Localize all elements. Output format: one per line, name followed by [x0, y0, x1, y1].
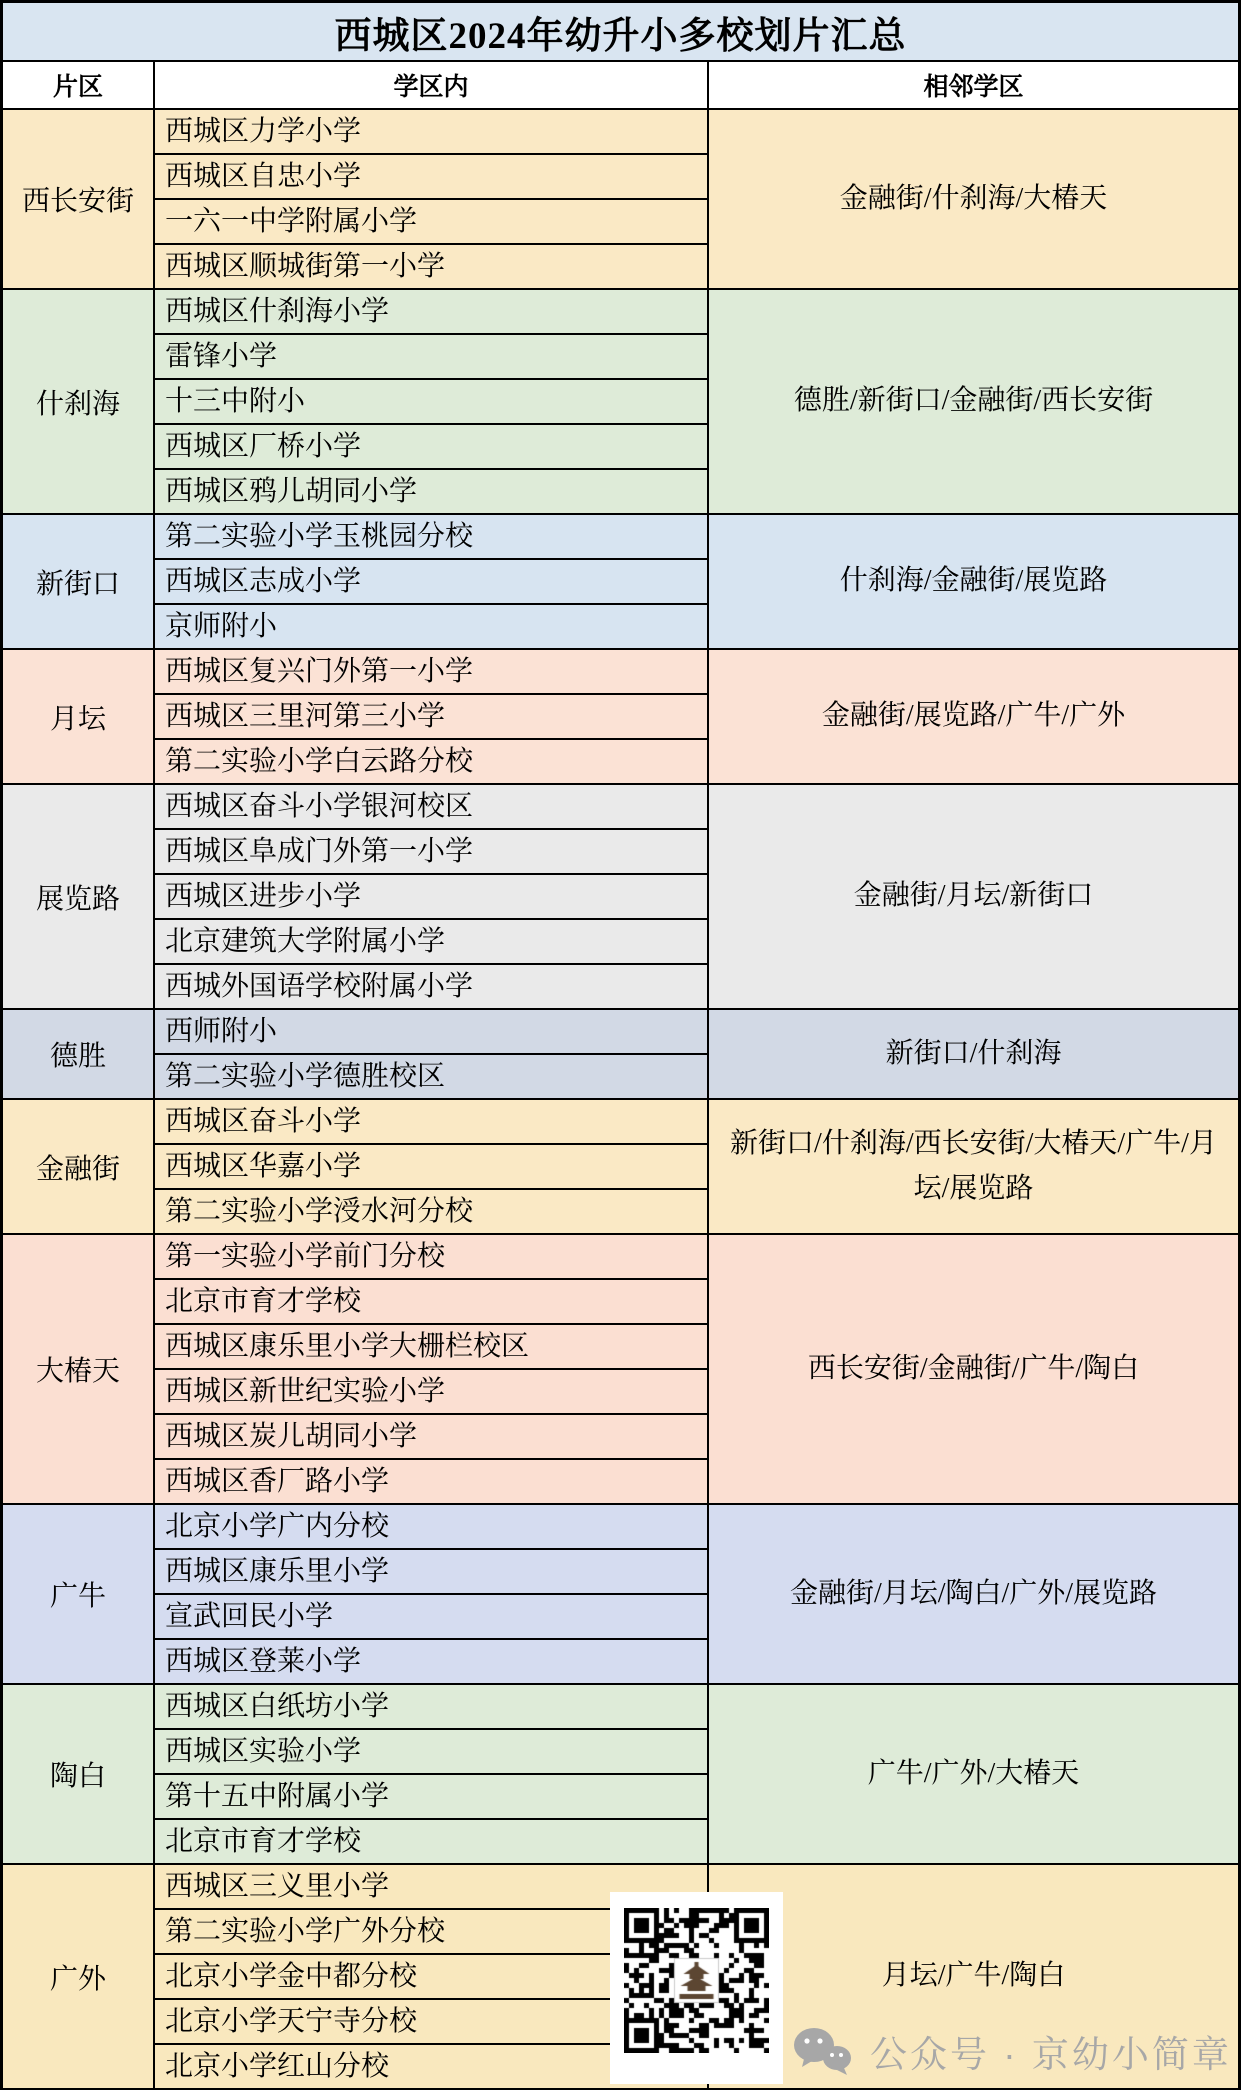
- section-德胜: 德胜西师附小第二实验小学德胜校区新街口/什刹海: [3, 1008, 1238, 1098]
- schools-column: 西城区白纸坊小学西城区实验小学第十五中附属小学北京市育才学校: [155, 1685, 709, 1863]
- school-cell: 西城区志成小学: [155, 558, 707, 603]
- school-cell: 西城区顺城街第一小学: [155, 243, 707, 288]
- adjacent-zones-cell: 金融街/什刹海/大椿天: [709, 110, 1238, 288]
- school-cell: 京师附小: [155, 603, 707, 648]
- school-cell: 第二实验小学玉桃园分校: [155, 515, 707, 558]
- school-cell: 第十五中附属小学: [155, 1773, 707, 1818]
- page: 西城区2024年幼升小多校划片汇总 片区 学区内 相邻学区 西长安街西城区力学小…: [0, 0, 1241, 2090]
- table-title: 西城区2024年幼升小多校划片汇总: [3, 3, 1238, 62]
- qr-code-panel: [610, 1892, 783, 2084]
- zone-name-cell: 广牛: [3, 1505, 155, 1683]
- school-cell: 西城区香厂路小学: [155, 1458, 707, 1503]
- adjacent-zones-cell: 德胜/新街口/金融街/西长安街: [709, 290, 1238, 513]
- school-cell: 西师附小: [155, 1010, 707, 1053]
- school-cell: 北京小学广内分校: [155, 1505, 707, 1548]
- school-cell: 西城区自忠小学: [155, 153, 707, 198]
- header-zone: 片区: [3, 62, 155, 108]
- school-cell: 西城区什刹海小学: [155, 290, 707, 333]
- section-新街口: 新街口第二实验小学玉桃园分校西城区志成小学京师附小什刹海/金融街/展览路: [3, 513, 1238, 648]
- section-展览路: 展览路西城区奋斗小学银河校区西城区阜成门外第一小学西城区进步小学北京建筑大学附属…: [3, 783, 1238, 1008]
- school-cell: 西城区力学小学: [155, 110, 707, 153]
- header-in-district: 学区内: [155, 62, 709, 108]
- wechat-logo-icon: [790, 2025, 854, 2077]
- school-cell: 一六一中学附属小学: [155, 198, 707, 243]
- zoning-table: 西城区2024年幼升小多校划片汇总 片区 学区内 相邻学区 西长安街西城区力学小…: [0, 0, 1241, 2090]
- school-cell: 西城区华嘉小学: [155, 1143, 707, 1188]
- school-cell: 西城区白纸坊小学: [155, 1685, 707, 1728]
- schools-column: 西城区什刹海小学雷锋小学十三中附小西城区厂桥小学西城区鸦儿胡同小学: [155, 290, 709, 513]
- zone-name-cell: 西长安街: [3, 110, 155, 288]
- adjacent-zones-cell: 金融街/月坛/新街口: [709, 785, 1238, 1008]
- zone-name-cell: 大椿天: [3, 1235, 155, 1503]
- zone-name-cell: 展览路: [3, 785, 155, 1008]
- adjacent-zones-cell: 新街口/什刹海: [709, 1010, 1238, 1098]
- watermark-text: 公众号 · 京幼小简章: [870, 2024, 1232, 2078]
- watermark: 公众号 · 京幼小简章: [790, 2024, 1232, 2078]
- adjacent-zones-cell: 西长安街/金融街/广牛/陶白: [709, 1235, 1238, 1503]
- school-cell: 第二实验小学德胜校区: [155, 1053, 707, 1098]
- schools-column: 第二实验小学玉桃园分校西城区志成小学京师附小: [155, 515, 709, 648]
- school-cell: 西城区进步小学: [155, 873, 707, 918]
- zone-name-cell: 德胜: [3, 1010, 155, 1098]
- school-cell: 西城区登莱小学: [155, 1638, 707, 1683]
- adjacent-zones-cell: 金融街/月坛/陶白/广外/展览路: [709, 1505, 1238, 1683]
- schools-column: 北京小学广内分校西城区康乐里小学宣武回民小学西城区登莱小学: [155, 1505, 709, 1683]
- school-cell: 西城区三里河第三小学: [155, 693, 707, 738]
- section-什刹海: 什刹海西城区什刹海小学雷锋小学十三中附小西城区厂桥小学西城区鸦儿胡同小学德胜/新…: [3, 288, 1238, 513]
- adjacent-zones-cell: 新街口/什刹海/西长安街/大椿天/广牛/月坛/展览路: [709, 1100, 1238, 1233]
- section-陶白: 陶白西城区白纸坊小学西城区实验小学第十五中附属小学北京市育才学校广牛/广外/大椿…: [3, 1683, 1238, 1863]
- adjacent-zones-cell: 广牛/广外/大椿天: [709, 1685, 1238, 1863]
- header-adjacent: 相邻学区: [709, 62, 1238, 108]
- adjacent-zones-cell: 金融街/展览路/广牛/广外: [709, 650, 1238, 783]
- schools-column: 西城区奋斗小学银河校区西城区阜成门外第一小学西城区进步小学北京建筑大学附属小学西…: [155, 785, 709, 1008]
- zone-name-cell: 广外: [3, 1865, 155, 2088]
- adjacent-zones-cell: 什刹海/金融街/展览路: [709, 515, 1238, 648]
- schools-column: 西城区奋斗小学西城区华嘉小学第二实验小学涭水河分校: [155, 1100, 709, 1233]
- section-月坛: 月坛西城区复兴门外第一小学西城区三里河第三小学第二实验小学白云路分校金融街/展览…: [3, 648, 1238, 783]
- school-cell: 十三中附小: [155, 378, 707, 423]
- school-cell: 西城区阜成门外第一小学: [155, 828, 707, 873]
- school-cell: 宣武回民小学: [155, 1593, 707, 1638]
- school-cell: 西城区奋斗小学银河校区: [155, 785, 707, 828]
- school-cell: 西城外国语学校附属小学: [155, 963, 707, 1008]
- table-header: 片区 学区内 相邻学区: [3, 62, 1238, 108]
- school-cell: 北京市育才学校: [155, 1278, 707, 1323]
- zone-name-cell: 什刹海: [3, 290, 155, 513]
- section-大椿天: 大椿天第一实验小学前门分校北京市育才学校西城区康乐里小学大栅栏校区西城区新世纪实…: [3, 1233, 1238, 1503]
- section-广牛: 广牛北京小学广内分校西城区康乐里小学宣武回民小学西城区登莱小学金融街/月坛/陶白…: [3, 1503, 1238, 1683]
- wechat-qr-code-icon: [624, 1908, 769, 2053]
- school-cell: 西城区奋斗小学: [155, 1100, 707, 1143]
- school-cell: 西城区康乐里小学大栅栏校区: [155, 1323, 707, 1368]
- school-cell: 第二实验小学白云路分校: [155, 738, 707, 783]
- school-cell: 雷锋小学: [155, 333, 707, 378]
- schools-column: 第一实验小学前门分校北京市育才学校西城区康乐里小学大栅栏校区西城区新世纪实验小学…: [155, 1235, 709, 1503]
- school-cell: 西城区康乐里小学: [155, 1548, 707, 1593]
- school-cell: 西城区炭儿胡同小学: [155, 1413, 707, 1458]
- zone-name-cell: 金融街: [3, 1100, 155, 1233]
- zone-name-cell: 月坛: [3, 650, 155, 783]
- school-cell: 西城区新世纪实验小学: [155, 1368, 707, 1413]
- school-cell: 西城区复兴门外第一小学: [155, 650, 707, 693]
- zones-table-body: 西长安街西城区力学小学西城区自忠小学一六一中学附属小学西城区顺城街第一小学金融街…: [3, 108, 1238, 2088]
- schools-column: 西师附小第二实验小学德胜校区: [155, 1010, 709, 1098]
- school-cell: 第一实验小学前门分校: [155, 1235, 707, 1278]
- school-cell: 北京市育才学校: [155, 1818, 707, 1863]
- school-cell: 西城区实验小学: [155, 1728, 707, 1773]
- section-金融街: 金融街西城区奋斗小学西城区华嘉小学第二实验小学涭水河分校新街口/什刹海/西长安街…: [3, 1098, 1238, 1233]
- school-cell: 西城区鸦儿胡同小学: [155, 468, 707, 513]
- section-西长安街: 西长安街西城区力学小学西城区自忠小学一六一中学附属小学西城区顺城街第一小学金融街…: [3, 108, 1238, 288]
- school-cell: 北京建筑大学附属小学: [155, 918, 707, 963]
- zone-name-cell: 新街口: [3, 515, 155, 648]
- schools-column: 西城区力学小学西城区自忠小学一六一中学附属小学西城区顺城街第一小学: [155, 110, 709, 288]
- schools-column: 西城区复兴门外第一小学西城区三里河第三小学第二实验小学白云路分校: [155, 650, 709, 783]
- zone-name-cell: 陶白: [3, 1685, 155, 1863]
- school-cell: 西城区厂桥小学: [155, 423, 707, 468]
- school-cell: 第二实验小学涭水河分校: [155, 1188, 707, 1233]
